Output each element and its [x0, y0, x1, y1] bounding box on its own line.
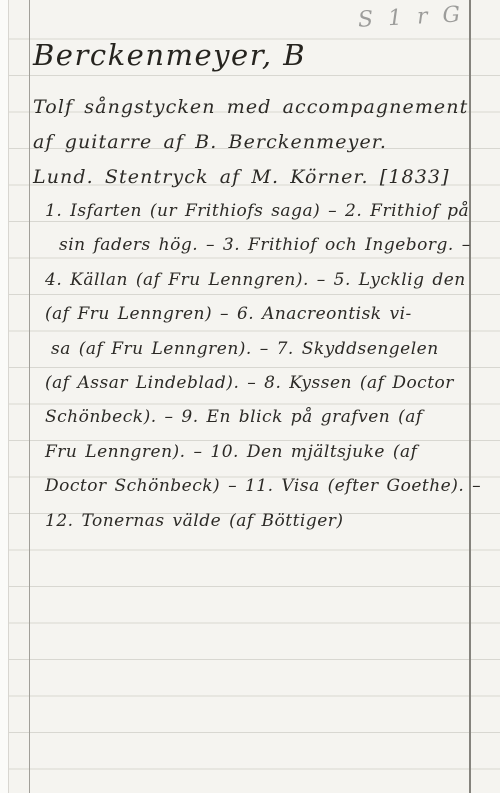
- outer-margin-line: [8, 0, 9, 793]
- left-margin-line: [29, 0, 30, 793]
- contents-line: Doctor Schönbeck) – 11. Visa (efter Goet…: [45, 469, 469, 503]
- contents-line: (af Assar Lindeblad). – 8. Kyssen (af Do…: [45, 366, 469, 400]
- pencil-shelfmark: S 1 r G: [357, 2, 464, 33]
- contents-line: Schönbeck). – 9. En blick på grafven (af: [45, 400, 469, 434]
- imprint-block: Tolf sångstycken med accompagnement af g…: [33, 90, 468, 195]
- contents-line: 12. Tonernas välde (af Böttiger): [45, 504, 469, 538]
- scan-edge-strip: [0, 0, 8, 793]
- contents-line: (af Fru Lenngren) – 6. Anacreontisk vi-: [45, 297, 469, 331]
- right-margin-line: [469, 0, 471, 793]
- contents-list: 1. Isfarten (ur Frithiofs saga) – 2. Fri…: [45, 194, 469, 538]
- contents-line: 4. Källan (af Fru Lenngren). – 5. Lyckli…: [45, 263, 469, 297]
- contents-line: sa (af Fru Lenngren). – 7. Skyddsengelen: [45, 332, 469, 366]
- contents-line: sin faders hög. – 3. Frithiof och Ingebo…: [45, 228, 469, 262]
- contents-line: Fru Lenngren). – 10. Den mjältsjuke (af: [45, 435, 469, 469]
- title-line: Tolf sångstycken med accompagnement: [33, 90, 468, 125]
- title-line: af guitarre af B. Berckenmeyer.: [33, 125, 468, 160]
- card-heading-author: Berckenmeyer, B: [33, 38, 306, 72]
- catalog-card-scan: S 1 r G Berckenmeyer, B Tolf sångstycken…: [0, 0, 500, 793]
- contents-line: 1. Isfarten (ur Frithiofs saga) – 2. Fri…: [45, 194, 469, 228]
- imprint-line: Lund. Stentryck af M. Körner. [1833]: [33, 160, 468, 195]
